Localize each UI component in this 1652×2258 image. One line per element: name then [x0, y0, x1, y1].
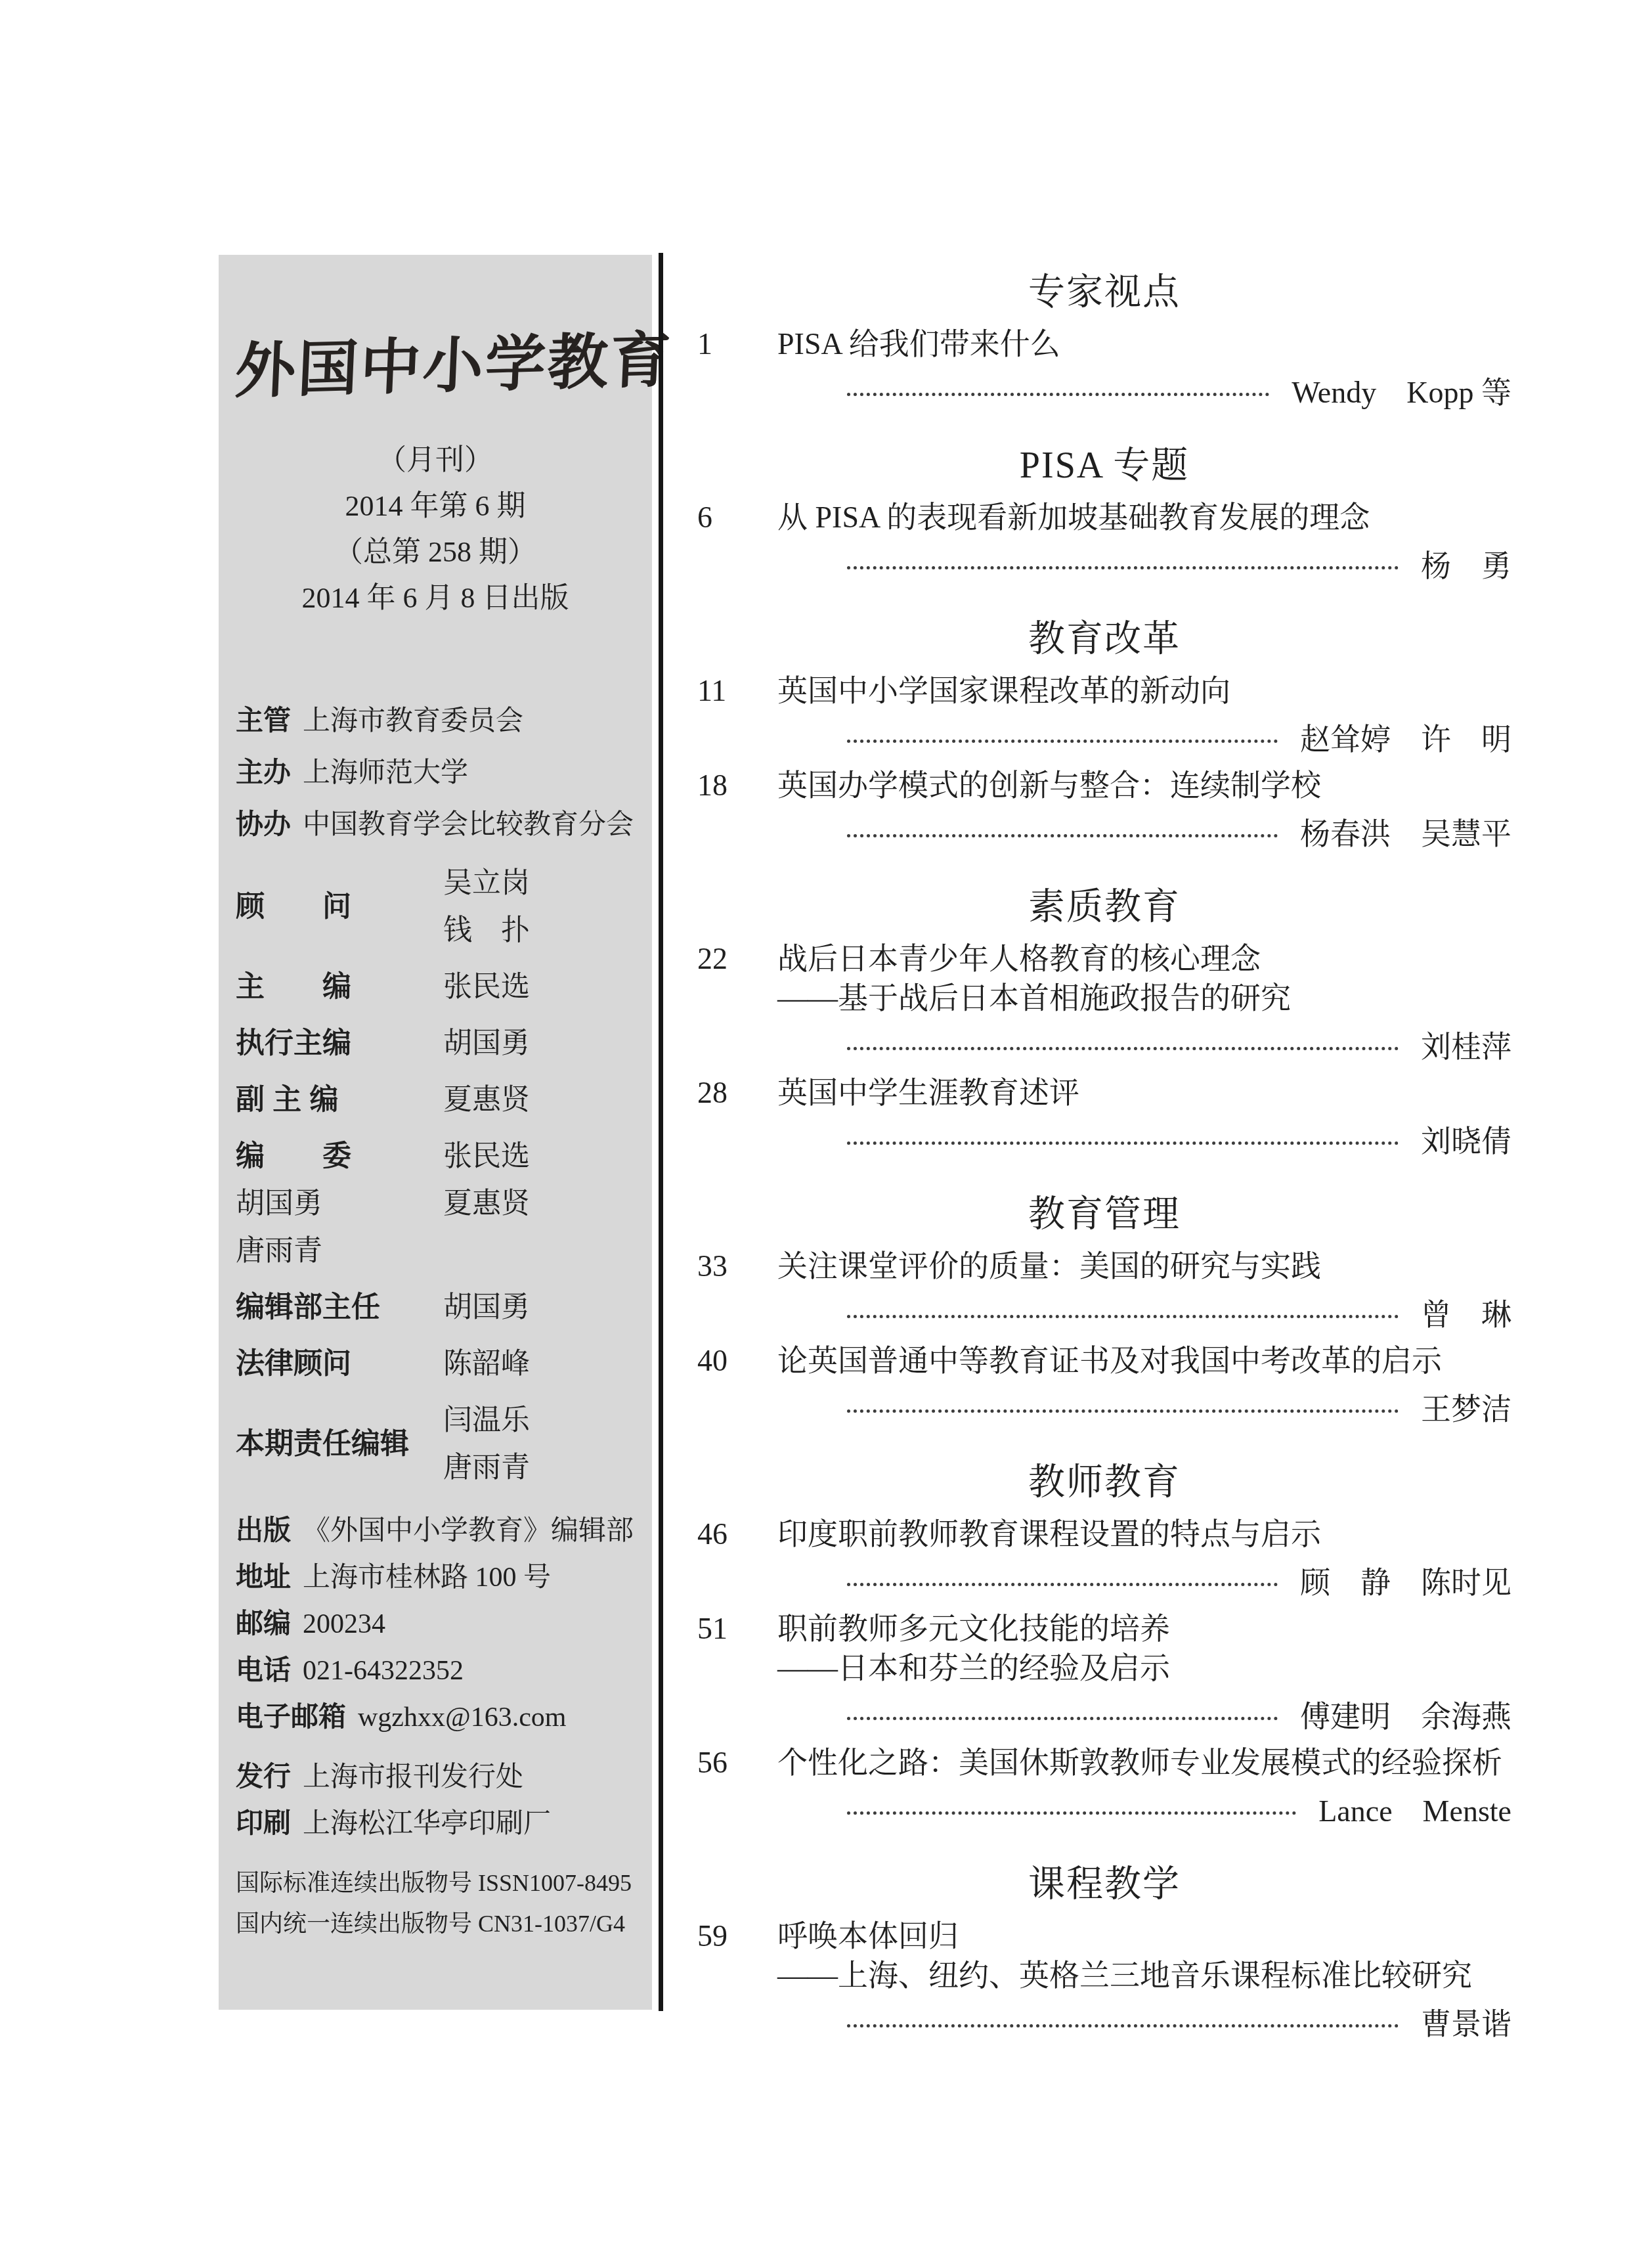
- staff-label: 法律顾问: [236, 1340, 351, 1388]
- entry-title: 战后日本青少年人格教育的核心理念: [777, 939, 1511, 979]
- entry-subtitle: ——基于战后日本首相施政报告的研究: [777, 979, 1511, 1018]
- page-number: 51: [697, 1609, 777, 1688]
- dotted-leader: [847, 393, 1269, 396]
- dist-label: 发行: [236, 1761, 291, 1792]
- org-row-sponsor: 主办上海师范大学: [236, 747, 635, 799]
- page-number: 6: [697, 498, 777, 537]
- toc-entry: 56 个性化之路：美国休斯敦教师专业发展模式的经验探析 Lance Menste: [697, 1743, 1511, 1828]
- toc-section-title: PISA 专题: [697, 436, 1511, 489]
- toc-entry: 28 英国中学生涯教育述评 刘晓倩: [697, 1073, 1511, 1159]
- dotted-leader: [847, 1717, 1278, 1720]
- org-label: 协办: [236, 808, 291, 839]
- distribution-block: 发行上海市报刊发行处 印刷上海松江华亭印刷厂: [236, 1754, 635, 1847]
- page-number: 1: [697, 324, 777, 364]
- dotted-leader: [847, 740, 1278, 743]
- address-row: 地址上海市桂林路 100 号: [236, 1554, 635, 1601]
- cn-label: 国内统一连续出版物号: [236, 1911, 472, 1937]
- entry-title: 从 PISA 的表现看新加坡基础教育发展的理念: [777, 498, 1511, 537]
- deputy-editor-name: 夏惠贤: [443, 1076, 635, 1124]
- org-value: 上海市教育委员会: [303, 706, 523, 736]
- entry-authors: 刘桂萍: [1399, 1023, 1511, 1066]
- page-number: 22: [697, 939, 777, 1018]
- org-row-supervisor: 主管上海市教育委员会: [236, 695, 635, 747]
- entry-title: 英国中小学国家课程改革的新动向: [777, 671, 1511, 711]
- cn-row: 国内统一连续出版物号 CN31-1037/G4: [236, 1903, 635, 1944]
- dept-director-name: 胡国勇: [443, 1284, 635, 1331]
- entry-title: 论英国普通中等教育证书及对我国中考改革的启示: [777, 1341, 1511, 1381]
- board-row: 胡国勇 夏惠贤: [236, 1180, 635, 1228]
- entry-title: 印度职前教师教育课程设置的特点与启示: [777, 1515, 1511, 1554]
- pub-label: 出版: [236, 1515, 291, 1545]
- toc-section-title: 素质教育: [697, 877, 1511, 930]
- staff-row-executive-editor: 执行主编 胡国勇: [236, 1020, 635, 1067]
- staff-row-issue-editors: 本期责任编辑 闫温乐 唐雨青: [236, 1397, 635, 1492]
- board-row: 唐雨青: [236, 1228, 635, 1275]
- dotted-leader: [847, 834, 1278, 837]
- pub-label: 地址: [236, 1561, 291, 1592]
- toc-entry: 59 呼唤本体回归 ——上海、纽约、英格兰三地音乐课程标准比较研究 曹景谐: [697, 1916, 1511, 2041]
- toc-entry: 46 印度职前教师教育课程设置的特点与启示 顾 静 陈时见: [697, 1515, 1511, 1600]
- pub-value: 200234: [303, 1609, 385, 1639]
- toc-section-education-management: 教育管理 33 关注课堂评价的质量：美国的研究与实践 曾 琳 40 论英国普通中…: [697, 1185, 1511, 1427]
- pub-label: 电话: [236, 1654, 291, 1685]
- issue-info: （月刊） 2014 年第 6 期 （总第 258 期） 2014 年 6 月 8…: [236, 437, 635, 621]
- org-value: 上海师范大学: [303, 758, 468, 788]
- executive-editor-name: 胡国勇: [443, 1020, 635, 1067]
- dotted-leader: [847, 1141, 1399, 1145]
- board-member: 唐雨青: [236, 1228, 322, 1275]
- entry-authors: Lance Menste: [1296, 1787, 1511, 1830]
- org-block: 主管上海市教育委员会 主办上海师范大学 协办中国教育学会比较教育分会: [236, 695, 635, 851]
- toc-section-title: 专家视点: [697, 263, 1511, 315]
- legal-counsel-name: 陈韶峰: [443, 1340, 635, 1388]
- entry-title: 呼唤本体回归: [777, 1916, 1511, 1956]
- entry-authors: 曾 琳: [1399, 1291, 1511, 1334]
- issue-number: 2014 年第 6 期: [236, 483, 635, 529]
- dotted-leader: [847, 1315, 1399, 1318]
- journal-toc-page: 外国中小学教育 （月刊） 2014 年第 6 期 （总第 258 期） 2014…: [0, 0, 1652, 2258]
- toc-section-title: 教育管理: [697, 1185, 1511, 1237]
- postcode-row: 邮编200234: [236, 1601, 635, 1647]
- entry-authors: Wendy Kopp 等: [1269, 368, 1511, 412]
- toc-section-quality-education: 素质教育 22 战后日本青少年人格教育的核心理念 ——基于战后日本首相施政报告的…: [697, 877, 1511, 1159]
- entry-title: 职前教师多元文化技能的培养: [777, 1609, 1511, 1649]
- dotted-leader: [847, 566, 1399, 569]
- page-number: 33: [697, 1247, 777, 1286]
- board-row: 编 委 张民选: [236, 1133, 635, 1180]
- printer-row: 印刷上海松江华亭印刷厂: [236, 1800, 635, 1847]
- staff-label: 顾 问: [236, 883, 351, 931]
- toc-section-education-reform: 教育改革 11 英国中小学国家课程改革的新动向 赵耸婷 许 明 18 英国办学模…: [697, 609, 1511, 851]
- publisher-row: 出版《外国中小学教育》编辑部: [236, 1507, 635, 1554]
- toc-entry: 40 论英国普通中等教育证书及对我国中考改革的启示 王梦洁: [697, 1341, 1511, 1427]
- entry-authors: 刘晓倩: [1399, 1117, 1511, 1161]
- page-number: 11: [697, 671, 777, 711]
- board-member: 张民选: [443, 1133, 635, 1180]
- entry-title: 个性化之路：美国休斯敦教师专业发展模式的经验探析: [777, 1743, 1511, 1782]
- org-row-cosponsor: 协办中国教育学会比较教育分会: [236, 799, 635, 851]
- toc-entry: 11 英国中小学国家课程改革的新动向 赵耸婷 许 明: [697, 671, 1511, 757]
- pub-label: 电子邮箱: [236, 1701, 346, 1732]
- entry-authors: 顾 静 陈时见: [1278, 1559, 1511, 1602]
- dist-value: 上海市报刊发行处: [303, 1762, 523, 1792]
- issn-label: 国际标准连续出版物号: [236, 1870, 472, 1896]
- page-number: 56: [697, 1743, 777, 1782]
- toc-section-pisa: PISA 专题 6 从 PISA 的表现看新加坡基础教育发展的理念 杨 勇: [697, 436, 1511, 583]
- dotted-leader: [847, 2024, 1399, 2027]
- toc-section-expert-view: 专家视点 1 PISA 给我们带来什么 Wendy Kopp 等: [697, 263, 1511, 410]
- publication-block: 出版《外国中小学教育》编辑部 地址上海市桂林路 100 号 邮编200234 电…: [236, 1507, 635, 1740]
- org-label: 主办: [236, 757, 291, 787]
- page-number: 18: [697, 766, 777, 805]
- vertical-rule: [659, 253, 663, 2011]
- email-row: 电子邮箱wgzhxx@163.com: [236, 1694, 635, 1740]
- org-value: 中国教育学会比较教育分会: [303, 810, 634, 840]
- staff-row-chief-editor: 主 编 张民选: [236, 963, 635, 1011]
- entry-authors: 赵耸婷 许 明: [1278, 715, 1511, 759]
- frequency: （月刊）: [236, 437, 635, 483]
- staff-label: 主 编: [236, 963, 351, 1011]
- board-member: 夏惠贤: [443, 1180, 635, 1228]
- pub-label: 邮编: [236, 1608, 291, 1639]
- entry-authors: 杨春洪 吴慧平: [1278, 810, 1511, 853]
- entry-title: 英国中学生涯教育述评: [777, 1073, 1511, 1113]
- dotted-leader: [847, 1047, 1399, 1050]
- toc-entry: 18 英国办学模式的创新与整合：连续制学校 杨春洪 吴慧平: [697, 766, 1511, 851]
- toc-section-teacher-education: 教师教育 46 印度职前教师教育课程设置的特点与启示 顾 静 陈时见 51 职前…: [697, 1453, 1511, 1828]
- issue-editor-name: 闫温乐: [443, 1397, 635, 1444]
- toc-section-title: 教育改革: [697, 609, 1511, 662]
- pub-value: wgzhxx@163.com: [358, 1702, 566, 1733]
- entry-title: PISA 给我们带来什么: [777, 324, 1511, 364]
- pub-value: 上海市桂林路 100 号: [303, 1562, 551, 1593]
- phone-row: 电话021-64322352: [236, 1647, 635, 1694]
- toc-section-title: 教师教育: [697, 1453, 1511, 1505]
- toc-entry: 33 关注课堂评价的质量：美国的研究与实践 曾 琳: [697, 1247, 1511, 1332]
- serial-numbers-block: 国际标准连续出版物号 ISSN1007-8495 国内统一连续出版物号 CN31…: [236, 1863, 635, 1944]
- entry-authors: 曹景谐: [1399, 2000, 1511, 2043]
- staff-label: 编 委: [236, 1133, 351, 1180]
- staff-names: 闫温乐 唐雨青: [443, 1397, 635, 1492]
- publish-date: 2014 年 6 月 8 日出版: [236, 575, 635, 621]
- pub-value: 《外国中小学教育》编辑部: [303, 1516, 634, 1546]
- page-number: 40: [697, 1341, 777, 1381]
- issue-editor-name: 唐雨青: [443, 1444, 635, 1492]
- org-label: 主管: [236, 705, 291, 736]
- staff-label: 副 主 编: [236, 1076, 338, 1124]
- advisor-name: 吴立岗: [443, 860, 635, 907]
- issn-row: 国际标准连续出版物号 ISSN1007-8495: [236, 1863, 635, 1903]
- staff-names: 吴立岗 钱 扑: [443, 860, 635, 954]
- dist-label: 印刷: [236, 1807, 291, 1838]
- dotted-leader: [847, 1811, 1296, 1815]
- staff-row-legal-counsel: 法律顾问 陈韶峰: [236, 1340, 635, 1388]
- cn-value: CN31-1037/G4: [478, 1911, 625, 1937]
- staff-label: 执行主编: [236, 1020, 351, 1067]
- masthead-sidebar: 外国中小学教育 （月刊） 2014 年第 6 期 （总第 258 期） 2014…: [219, 255, 652, 2010]
- page-number: 28: [697, 1073, 777, 1113]
- journal-logo: 外国中小学教育: [234, 313, 638, 410]
- advisor-name: 钱 扑: [443, 907, 635, 954]
- toc-entry: 6 从 PISA 的表现看新加坡基础教育发展的理念 杨 勇: [697, 498, 1511, 583]
- chief-editor-name: 张民选: [443, 963, 635, 1011]
- page-number: 59: [697, 1916, 777, 1995]
- entry-subtitle: ——上海、纽约、英格兰三地音乐课程标准比较研究: [777, 1956, 1511, 1995]
- board-member: 胡国勇: [236, 1180, 322, 1228]
- toc-section-curriculum-teaching: 课程教学 59 呼唤本体回归 ——上海、纽约、英格兰三地音乐课程标准比较研究 曹…: [697, 1855, 1511, 2041]
- entry-title: 关注课堂评价的质量：美国的研究与实践: [777, 1247, 1511, 1286]
- dist-value: 上海松江华亭印刷厂: [303, 1809, 551, 1839]
- entry-authors: 杨 勇: [1399, 542, 1511, 585]
- dotted-leader: [847, 1409, 1399, 1413]
- entry-authors: 傅建明 余海燕: [1278, 1693, 1511, 1736]
- entry-title: 英国办学模式的创新与整合：连续制学校: [777, 766, 1511, 805]
- dotted-leader: [847, 1583, 1278, 1586]
- cumulative-issue: （总第 258 期）: [236, 529, 635, 575]
- toc-entry: 22 战后日本青少年人格教育的核心理念 ——基于战后日本首相施政报告的研究 刘桂…: [697, 939, 1511, 1064]
- issn-value: ISSN1007-8495: [478, 1870, 632, 1896]
- entry-authors: 王梦洁: [1399, 1385, 1511, 1428]
- staff-row-deputy-editor: 副 主 编 夏惠贤: [236, 1076, 635, 1124]
- toc-entry: 1 PISA 给我们带来什么 Wendy Kopp 等: [697, 324, 1511, 410]
- table-of-contents: 专家视点 1 PISA 给我们带来什么 Wendy Kopp 等 PISA 专题…: [697, 256, 1511, 2041]
- entry-subtitle: ——日本和芬兰的经验及启示: [777, 1649, 1511, 1688]
- staff-row-advisor: 顾 问 吴立岗 钱 扑: [236, 860, 635, 954]
- staff-label: 编辑部主任: [236, 1284, 380, 1331]
- toc-entry: 51 职前教师多元文化技能的培养 ——日本和芬兰的经验及启示 傅建明 余海燕: [697, 1609, 1511, 1734]
- toc-section-title: 课程教学: [697, 1855, 1511, 1907]
- staff-label: 本期责任编辑: [236, 1421, 409, 1468]
- pub-value: 021-64322352: [303, 1656, 464, 1686]
- distributor-row: 发行上海市报刊发行处: [236, 1754, 635, 1800]
- page-number: 46: [697, 1515, 777, 1554]
- staff-row-dept-director: 编辑部主任 胡国勇: [236, 1284, 635, 1331]
- editorial-board-block: 编 委 张民选 胡国勇 夏惠贤 唐雨青: [236, 1133, 635, 1275]
